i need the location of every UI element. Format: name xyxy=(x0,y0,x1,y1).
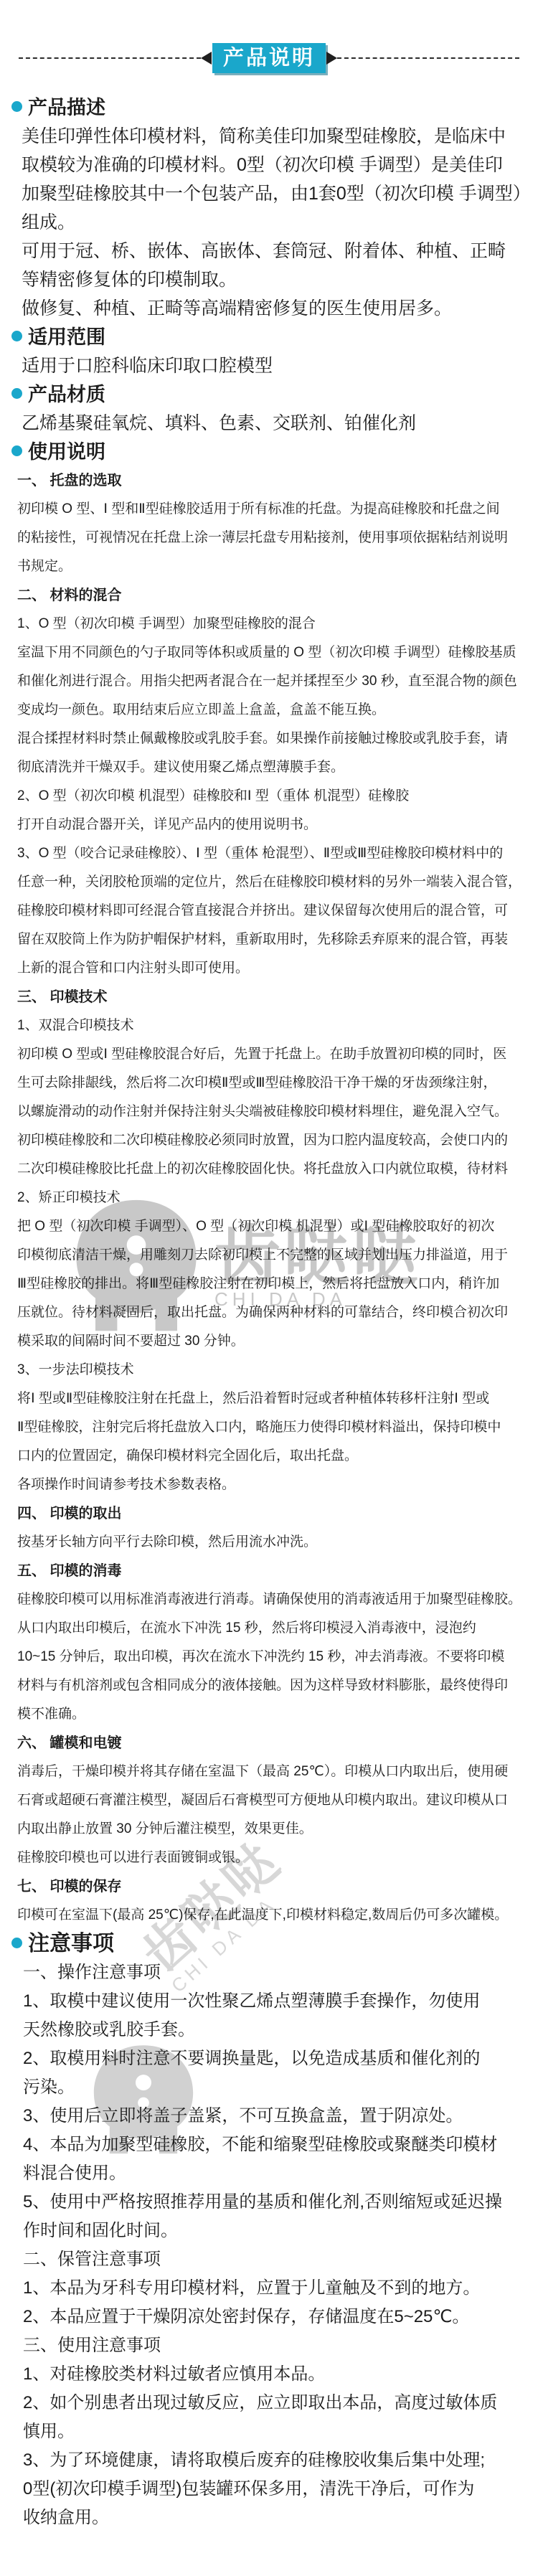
text-line-label: 上新的混合管和口内注射头即可使用。 xyxy=(17,961,249,976)
text-line: 二、保管注意事项 xyxy=(0,2245,538,2274)
text-line-label: 内取出静止放置 30 分钟后灌注模型，效果更佳。 xyxy=(17,1821,313,1836)
text-line: 任意一种，关闭胶枪顶端的定位片，然后在硅橡胶印模材料的另外一端装入混合管， xyxy=(0,868,538,897)
text-line: 二次印模硅橡胶比托盘上的初次硅橡胶固化快。将托盘放入口内就位取模，待材料 xyxy=(0,1155,538,1184)
text-line: 2、取模用料时注意不要调换量匙，以免造成基质和催化剂的 xyxy=(0,2044,538,2073)
text-line-label: 模不准确。 xyxy=(17,1707,85,1722)
text-line: Ⅲ型硅橡胶的排出。将Ⅲ型硅橡胶注射在初印模上，然后将托盘放入口内，稍许加 xyxy=(0,1270,538,1298)
text-line: 印模彻底清洁干燥，用雕刻刀去除初印模上不完整的区域并划出压力排溢道，用于 xyxy=(0,1241,538,1270)
text-line-label: 一、操作注意事项 xyxy=(23,1963,161,1982)
text-line: 印模可在室温下(最高 25℃)保存,在此温度下,印模材料稳定,数周后仍可多次罐模… xyxy=(0,1901,538,1930)
text-line-label: 以螺旋滑动的动作注射并保持注射头尖端被硅橡胶印模材料埋住，避免混入空气。 xyxy=(17,1104,508,1119)
text-line: 2、如个别患者出现过敏反应，应立即取出本品，高度过敏体质 xyxy=(0,2389,538,2417)
text-line-label: 硅橡胶印模可以用标准消毒液进行消毒。请确保使用的消毒液适用于加聚型硅橡胶。 xyxy=(17,1592,522,1607)
text-line-label: 4、本品为加聚型硅橡胶，不能和缩聚型硅橡胶或聚醚类印模材 xyxy=(23,2135,497,2154)
text-line: 组成。 xyxy=(0,208,538,237)
text-line-label: 各项操作时间请参考技术参数表格。 xyxy=(17,1477,235,1492)
text-line-label: 彻底清洗并干燥双手。建议使用聚乙烯点塑薄膜手套。 xyxy=(17,760,344,775)
text-line: 彻底清洗并干燥双手。建议使用聚乙烯点塑薄膜手套。 xyxy=(0,753,538,782)
text-line: 模采取的间隔时间不要超过 30 分钟。 xyxy=(0,1327,538,1356)
text-line-label: 三、 印模技术 xyxy=(17,989,108,1005)
text-line-label: 3、O 型（咬合记录硅橡胶）、Ⅰ 型（重体 枪混型）、Ⅱ型或Ⅲ型硅橡胶印模材料中… xyxy=(17,846,503,861)
text-line-label: 从口内取出印模后，在流水下冲洗 15 秒，然后将印模浸入消毒液中，浸泡约 xyxy=(17,1620,476,1636)
text-line: 做修复、种植、正畸等高端精密修复的医生使用居多。 xyxy=(0,294,538,323)
text-line-label: 一、 托盘的选取 xyxy=(17,473,122,489)
text-line-label: 料混合使用。 xyxy=(23,2164,126,2183)
text-line: 4、本品为加聚型硅橡胶，不能和缩聚型硅橡胶或聚醚类印模材 xyxy=(0,2131,538,2159)
text-line-label: 留在双胶筒上作为防护帽保护材料，重新取用时，先移除丢弃原来的混合管，再装 xyxy=(17,932,508,947)
text-line-label: 加聚型硅橡胶其中一个包装产品，由1套0型（初次印模 手调型） xyxy=(22,184,531,204)
text-line: 把 O 型（初次印模 手调型）、O 型（初次印模 机混型）或Ⅰ 型硅橡胶取好的初… xyxy=(0,1212,538,1241)
text-line-label: 5、使用中严格按照推荐用量的基质和催化剂,否则缩短或延迟操 xyxy=(23,2192,502,2212)
text-line: 污染。 xyxy=(0,2073,538,2102)
text-line-label: 0型(初次印模手调型)包装罐环保多用，清洗干净后，可作为 xyxy=(23,2479,474,2499)
text-line-label: 初印模 O 型或Ⅰ 型硅橡胶混合好后，先置于托盘上。在助手放置初印模的同时，医 xyxy=(17,1047,506,1062)
text-line-label: 2、矫正印模技术 xyxy=(17,1190,121,1205)
text-line-label: 慎用。 xyxy=(23,2422,75,2441)
text-line: 以螺旋滑动的动作注射并保持注射头尖端被硅橡胶印模材料埋住，避免混入空气。 xyxy=(0,1098,538,1126)
text-line-label: 3、为了环境健康，请将取模后废弃的硅橡胶收集后集中处理; xyxy=(23,2450,485,2470)
text-line-label: 3、一步法印模技术 xyxy=(17,1362,134,1377)
text-line-label: 取模较为准确的印模材料。0型（初次印模 手调型）是美佳印 xyxy=(22,155,503,175)
text-line: 六、 罐模和电镀 xyxy=(0,1729,538,1758)
text-line-label: 书规定。 xyxy=(17,559,72,574)
text-line-label: 印模彻底清洁干燥，用雕刻刀去除初印模上不完整的区域并划出压力排溢道，用于 xyxy=(17,1247,508,1263)
text-line-label: 乙烯基聚硅氧烷、填料、色素、交联剂、铂催化剂 xyxy=(22,413,416,433)
text-line-label: 四、 印模的取出 xyxy=(17,1506,122,1521)
text-line-label: 任意一种，关闭胶枪顶端的定位片，然后在硅橡胶印模材料的另外一端装入混合管， xyxy=(17,874,522,890)
text-line: 3、一步法印模技术 xyxy=(0,1356,538,1384)
bullet-dot-icon xyxy=(11,331,22,341)
text-line: 慎用。 xyxy=(0,2417,538,2446)
text-line: 消毒后，干燥印模并将其存储在室温下（最高 25℃）。印模从口内取出后，使用硬 xyxy=(0,1758,538,1786)
text-line: 石膏或超硬石膏灌注模型，凝固后石膏模型可方便地从印模内取出。建议印模从口 xyxy=(0,1786,538,1815)
text-line: 初印模 O 型、Ⅰ 型和Ⅱ型硅橡胶适用于所有标准的托盘。为提高硅橡胶和托盘之间 xyxy=(0,495,538,524)
text-line: 3、O 型（咬合记录硅橡胶）、Ⅰ 型（重体 枪混型）、Ⅱ型或Ⅲ型硅橡胶印模材料中… xyxy=(0,839,538,868)
text-line-label: 美佳印弹性体印模材料，简称美佳印加聚型硅橡胶，是临床中 xyxy=(22,126,506,146)
text-line: 作时间和固化时间。 xyxy=(0,2217,538,2245)
text-line-label: 可用于冠、桥、嵌体、高嵌体、套筒冠、附着体、种植、正畸 xyxy=(22,241,506,261)
text-line: 三、 印模技术 xyxy=(0,983,538,1011)
text-line: 2、O 型（初次印模 机混型）硅橡胶和Ⅰ 型（重体 机混型）硅橡胶 xyxy=(0,782,538,811)
text-line: 从口内取出印模后，在流水下冲洗 15 秒，然后将印模浸入消毒液中，浸泡约 xyxy=(0,1614,538,1643)
text-line: 1、双混合印模技术 xyxy=(0,1011,538,1040)
text-line-label: 硅橡胶印模材料即可经混合管直接混合并挤出。建议保留每次使用后的混合管，可 xyxy=(17,903,508,918)
text-line-label: 材料与有机溶剂或包含相同成分的液体接触。因为这样导致材料膨胀，最终使得印 xyxy=(17,1678,508,1693)
divider-line xyxy=(337,57,519,59)
text-line: 混合揉捏材料时禁止佩戴橡胶或乳胶手套。如果操作前接触过橡胶或乳胶手套，请 xyxy=(0,725,538,753)
text-line-label: 六、 罐模和电镀 xyxy=(17,1735,122,1751)
text-line-label: 2、O 型（初次印模 机混型）硅橡胶和Ⅰ 型（重体 机混型）硅橡胶 xyxy=(17,788,409,803)
text-line: 生可去除排龈线，然后将二次印模Ⅱ型或Ⅲ型硅橡胶沿干净干燥的牙齿颈缘注射， xyxy=(0,1069,538,1098)
text-line-label: 混合揉捏材料时禁止佩戴橡胶或乳胶手套。如果操作前接触过橡胶或乳胶手套，请 xyxy=(17,731,508,746)
text-line: 留在双胶筒上作为防护帽保护材料，重新取用时，先移除丢弃原来的混合管，再装 xyxy=(0,925,538,954)
text-line-label: 天然橡胶或乳胶手套。 xyxy=(23,2020,195,2039)
text-line-label: 等精密修复体的印模制取。 xyxy=(22,270,237,290)
text-line: 10~15 分钟后，取出印模，再次在流水下冲洗约 15 秒，冲去消毒液。不要将印… xyxy=(0,1643,538,1671)
text-line: 注意事项 xyxy=(0,1930,538,1958)
text-line-label: 适用范围 xyxy=(28,326,105,348)
text-line: 四、 印模的取出 xyxy=(0,1499,538,1528)
text-line-label: 1、O 型（初次印模 手调型）加聚型硅橡胶的混合 xyxy=(17,616,316,631)
text-line-label: 产品描述 xyxy=(28,97,105,118)
text-line: 1、本品为牙科专用印模材料，应置于儿童触及不到的地方。 xyxy=(0,2274,538,2303)
text-line: 五、 印模的消毒 xyxy=(0,1557,538,1585)
text-line: Ⅱ型硅橡胶，注射完后将托盘放入口内，略施压力使得印模材料溢出，保持印模中 xyxy=(0,1413,538,1442)
text-line: 适用于口腔科临床印取口腔模型 xyxy=(0,352,538,380)
text-line: 二、 材料的混合 xyxy=(0,581,538,610)
text-line-label: 1、对硅橡胶类材料过敏者应慎用本品。 xyxy=(23,2364,325,2384)
text-line: 打开自动混合器开关，详见产品内的使用说明书。 xyxy=(0,811,538,839)
text-line: 一、 托盘的选取 xyxy=(0,466,538,495)
text-line: 书规定。 xyxy=(0,552,538,581)
text-line: 适用范围 xyxy=(0,323,538,352)
text-line-label: 生可去除排龈线，然后将二次印模Ⅱ型或Ⅲ型硅橡胶沿干净干燥的牙齿颈缘注射， xyxy=(17,1075,496,1090)
text-line: 三、使用注意事项 xyxy=(0,2331,538,2360)
bullet-dot-icon xyxy=(11,388,22,399)
text-line-label: 二、保管注意事项 xyxy=(23,2250,161,2269)
text-line: 将Ⅰ 型或Ⅱ型硅橡胶注射在托盘上，然后沿着暂时冠或者种植体转移杆注射Ⅰ 型或 xyxy=(0,1384,538,1413)
text-line: 内取出静止放置 30 分钟后灌注模型，效果更佳。 xyxy=(0,1815,538,1844)
text-line: 加聚型硅橡胶其中一个包装产品，由1套0型（初次印模 手调型） xyxy=(0,179,538,208)
text-line-label: 做修复、种植、正畸等高端精密修复的医生使用居多。 xyxy=(22,298,452,319)
text-line: 5、使用中严格按照推荐用量的基质和催化剂,否则缩短或延迟操 xyxy=(0,2188,538,2217)
text-line: 料混合使用。 xyxy=(0,2159,538,2188)
text-line: 产品材质 xyxy=(0,380,538,409)
text-line-label: 1、本品为牙科专用印模材料，应置于儿童触及不到的地方。 xyxy=(23,2278,480,2298)
text-line: 压就位。待材料凝固后，取出托盘。为确保两种材料的可靠结合，终印模合初次印 xyxy=(0,1298,538,1327)
text-line: 天然橡胶或乳胶手套。 xyxy=(0,2016,538,2044)
text-line: 可用于冠、桥、嵌体、高嵌体、套筒冠、附着体、种植、正畸 xyxy=(0,237,538,265)
text-line: 硅橡胶印模可以用标准消毒液进行消毒。请确保使用的消毒液适用于加聚型硅橡胶。 xyxy=(0,1585,538,1614)
text-line: 1、取模中建议使用一次性聚乙烯点塑薄膜手套操作，勿使用 xyxy=(0,1987,538,2016)
text-line-label: 产品材质 xyxy=(28,384,105,405)
text-line: 0型(初次印模手调型)包装罐环保多用，清洗干净后，可作为 xyxy=(0,2475,538,2504)
text-line-label: 石膏或超硬石膏灌注模型，凝固后石膏模型可方便地从印模内取出。建议印模从口 xyxy=(17,1793,508,1808)
text-line: 乙烯基聚硅氧烷、填料、色素、交联剂、铂催化剂 xyxy=(0,409,538,438)
text-line-label: 三、使用注意事项 xyxy=(23,2336,161,2355)
text-line: 2、本品应置于干燥阴凉处密封保存，存储温度在5~25℃。 xyxy=(0,2303,538,2331)
text-line-label: 二次印模硅橡胶比托盘上的初次硅橡胶固化快。将托盘放入口内就位取模，待材料 xyxy=(17,1161,508,1176)
text-line: 上新的混合管和口内注射头即可使用。 xyxy=(0,954,538,983)
text-line: 硅橡胶印模也可以进行表面镀铜或银。 xyxy=(0,1844,538,1872)
arrow-left-icon xyxy=(201,52,212,65)
text-line: 使用说明 xyxy=(0,438,538,466)
text-line-label: 注意事项 xyxy=(28,1932,114,1955)
text-line-label: 1、取模中建议使用一次性聚乙烯点塑薄膜手套操作，勿使用 xyxy=(23,1991,480,2011)
text-line: 室温下用不同颜色的勺子取同等体积或质量的 O 型（初次印模 手调型）硅橡胶基质 xyxy=(0,638,538,667)
text-line: 1、对硅橡胶类材料过敏者应慎用本品。 xyxy=(0,2360,538,2389)
text-line-label: 按基牙长轴方向平行去除印模，然后用流水冲洗。 xyxy=(17,1534,317,1549)
section-divider: 产品说明 xyxy=(19,0,519,75)
text-line-label: 1、双混合印模技术 xyxy=(17,1018,134,1033)
text-line-label: 消毒后，干燥印模并将其存储在室温下（最高 25℃）。印模从口内取出后，使用硬 xyxy=(17,1764,508,1779)
text-line-label: 3、使用后立即将盖子盖紧，不可互换盒盖，置于阴凉处。 xyxy=(23,2106,463,2126)
text-line-label: 收纳盒用。 xyxy=(23,2508,109,2527)
text-line-label: 使用说明 xyxy=(28,441,105,463)
text-line-label: 打开自动混合器开关，详见产品内的使用说明书。 xyxy=(17,817,317,832)
text-line-label: 10~15 分钟后，取出印模，再次在流水下冲洗约 15 秒，冲去消毒液。不要将印… xyxy=(17,1649,504,1664)
text-line-label: 压就位。待材料凝固后，取出托盘。为确保两种材料的可靠结合，终印模合初次印 xyxy=(17,1305,508,1320)
text-line: 等精密修复体的印模制取。 xyxy=(0,265,538,294)
text-line: 口内的位置固定，确保印模材料完全固化后，取出托盘。 xyxy=(0,1442,538,1471)
bullet-dot-icon xyxy=(11,445,22,456)
text-line-label: 2、取模用料时注意不要调换量匙，以免造成基质和催化剂的 xyxy=(23,2049,480,2068)
text-line: 七、 印模的保存 xyxy=(0,1872,538,1901)
text-line: 硅橡胶印模材料即可经混合管直接混合并挤出。建议保留每次使用后的混合管，可 xyxy=(0,897,538,925)
text-line: 产品描述 xyxy=(0,93,538,122)
text-line-label: 初印模硅橡胶和二次印模硅橡胶必须同时放置，因为口腔内温度较高，会使口内的 xyxy=(17,1133,508,1148)
text-line-label: 室温下用不同颜色的勺子取同等体积或质量的 O 型（初次印模 手调型）硅橡胶基质 xyxy=(17,645,516,660)
text-line: 3、为了环境健康，请将取模后废弃的硅橡胶收集后集中处理; xyxy=(0,2446,538,2475)
text-line-label: 组成。 xyxy=(22,212,75,232)
text-line: 美佳印弹性体印模材料，简称美佳印加聚型硅橡胶，是临床中 xyxy=(0,122,538,151)
text-line-label: 五、 印模的消毒 xyxy=(17,1563,122,1579)
text-line: 各项操作时间请参考技术参数表格。 xyxy=(0,1471,538,1499)
page-title: 产品说明 xyxy=(212,43,326,73)
text-line-label: 模采取的间隔时间不要超过 30 分钟。 xyxy=(17,1334,245,1349)
text-line-label: Ⅱ型硅橡胶，注射完后将托盘放入口内，略施压力使得印模材料溢出，保持印模中 xyxy=(17,1420,501,1435)
text-line: 材料与有机溶剂或包含相同成分的液体接触。因为这样导致材料膨胀，最终使得印 xyxy=(0,1671,538,1700)
text-line: 和催化剂进行混合。用指尖把两者混合在一起并揉捏至少 30 秒，直至混合物的颜色 xyxy=(0,667,538,696)
divider-line xyxy=(19,57,201,59)
text-line-label: 将Ⅰ 型或Ⅱ型硅橡胶注射在托盘上，然后沿着暂时冠或者种植体转移杆注射Ⅰ 型或 xyxy=(17,1391,489,1406)
bullet-dot-icon xyxy=(11,1938,22,1948)
text-line-label: 2、本品应置于干燥阴凉处密封保存，存储温度在5~25℃。 xyxy=(23,2307,469,2326)
product-description-page: 齿哒哒 CHI DA DA 齿哒哒 CHI DA DA 产品说明 产品描述 美佳… xyxy=(0,0,538,2576)
text-line-label: 的粘接性，可视情况在托盘上涂一薄层托盘专用粘接剂，使用事项依据粘结剂说明 xyxy=(17,530,508,545)
text-line: 1、O 型（初次印模 手调型）加聚型硅橡胶的混合 xyxy=(0,610,538,638)
text-line: 的粘接性，可视情况在托盘上涂一薄层托盘专用粘接剂，使用事项依据粘结剂说明 xyxy=(0,524,538,552)
text-line: 收纳盒用。 xyxy=(0,2504,538,2532)
text-line: 变成均一颜色。取用结束后应立即盖上盒盖，盒盖不能互换。 xyxy=(0,696,538,725)
text-line-label: 适用于口腔科临床印取口腔模型 xyxy=(22,356,273,376)
text-line: 3、使用后立即将盖子盖紧，不可互换盒盖，置于阴凉处。 xyxy=(0,2102,538,2131)
text-line: 取模较为准确的印模材料。0型（初次印模 手调型）是美佳印 xyxy=(0,151,538,179)
text-line-label: 初印模 O 型、Ⅰ 型和Ⅱ型硅橡胶适用于所有标准的托盘。为提高硅橡胶和托盘之间 xyxy=(17,501,500,516)
text-line-label: 印模可在室温下(最高 25℃)保存,在此温度下,印模材料稳定,数周后仍可多次罐模… xyxy=(17,1907,508,1922)
text-line: 按基牙长轴方向平行去除印模，然后用流水冲洗。 xyxy=(0,1528,538,1557)
text-line: 初印模 O 型或Ⅰ 型硅橡胶混合好后，先置于托盘上。在助手放置初印模的同时，医 xyxy=(0,1040,538,1069)
text-line: 一、操作注意事项 xyxy=(0,1958,538,1987)
arrow-right-icon xyxy=(326,52,337,65)
text-line: 模不准确。 xyxy=(0,1700,538,1729)
text-line-label: Ⅲ型硅橡胶的排出。将Ⅲ型硅橡胶注射在初印模上，然后将托盘放入口内，稍许加 xyxy=(17,1276,499,1291)
bullet-dot-icon xyxy=(11,101,22,112)
text-line: 2、矫正印模技术 xyxy=(0,1184,538,1212)
text-line-label: 2、如个别患者出现过敏反应，应立即取出本品，高度过敏体质 xyxy=(23,2393,497,2412)
text-line-label: 把 O 型（初次印模 手调型）、O 型（初次印模 机混型）或Ⅰ 型硅橡胶取好的初… xyxy=(17,1219,494,1234)
text-line-label: 变成均一颜色。取用结束后应立即盖上盒盖，盒盖不能互换。 xyxy=(17,702,385,717)
text-line-label: 污染。 xyxy=(23,2077,75,2097)
text-line-label: 二、 材料的混合 xyxy=(17,588,122,603)
document-content: 产品描述 美佳印弹性体印模材料，简称美佳印加聚型硅橡胶，是临床中 取模较为准确的… xyxy=(0,93,538,2532)
text-line-label: 七、 印模的保存 xyxy=(17,1879,122,1895)
text-line-label: 和催化剂进行混合。用指尖把两者混合在一起并揉捏至少 30 秒，直至混合物的颜色 xyxy=(17,674,517,689)
text-line: 初印模硅橡胶和二次印模硅橡胶必须同时放置，因为口腔内温度较高，会使口内的 xyxy=(0,1126,538,1155)
text-line-label: 硅橡胶印模也可以进行表面镀铜或银。 xyxy=(17,1850,249,1865)
text-line-label: 作时间和固化时间。 xyxy=(23,2221,178,2240)
text-line-label: 口内的位置固定，确保印模材料完全固化后，取出托盘。 xyxy=(17,1448,358,1463)
